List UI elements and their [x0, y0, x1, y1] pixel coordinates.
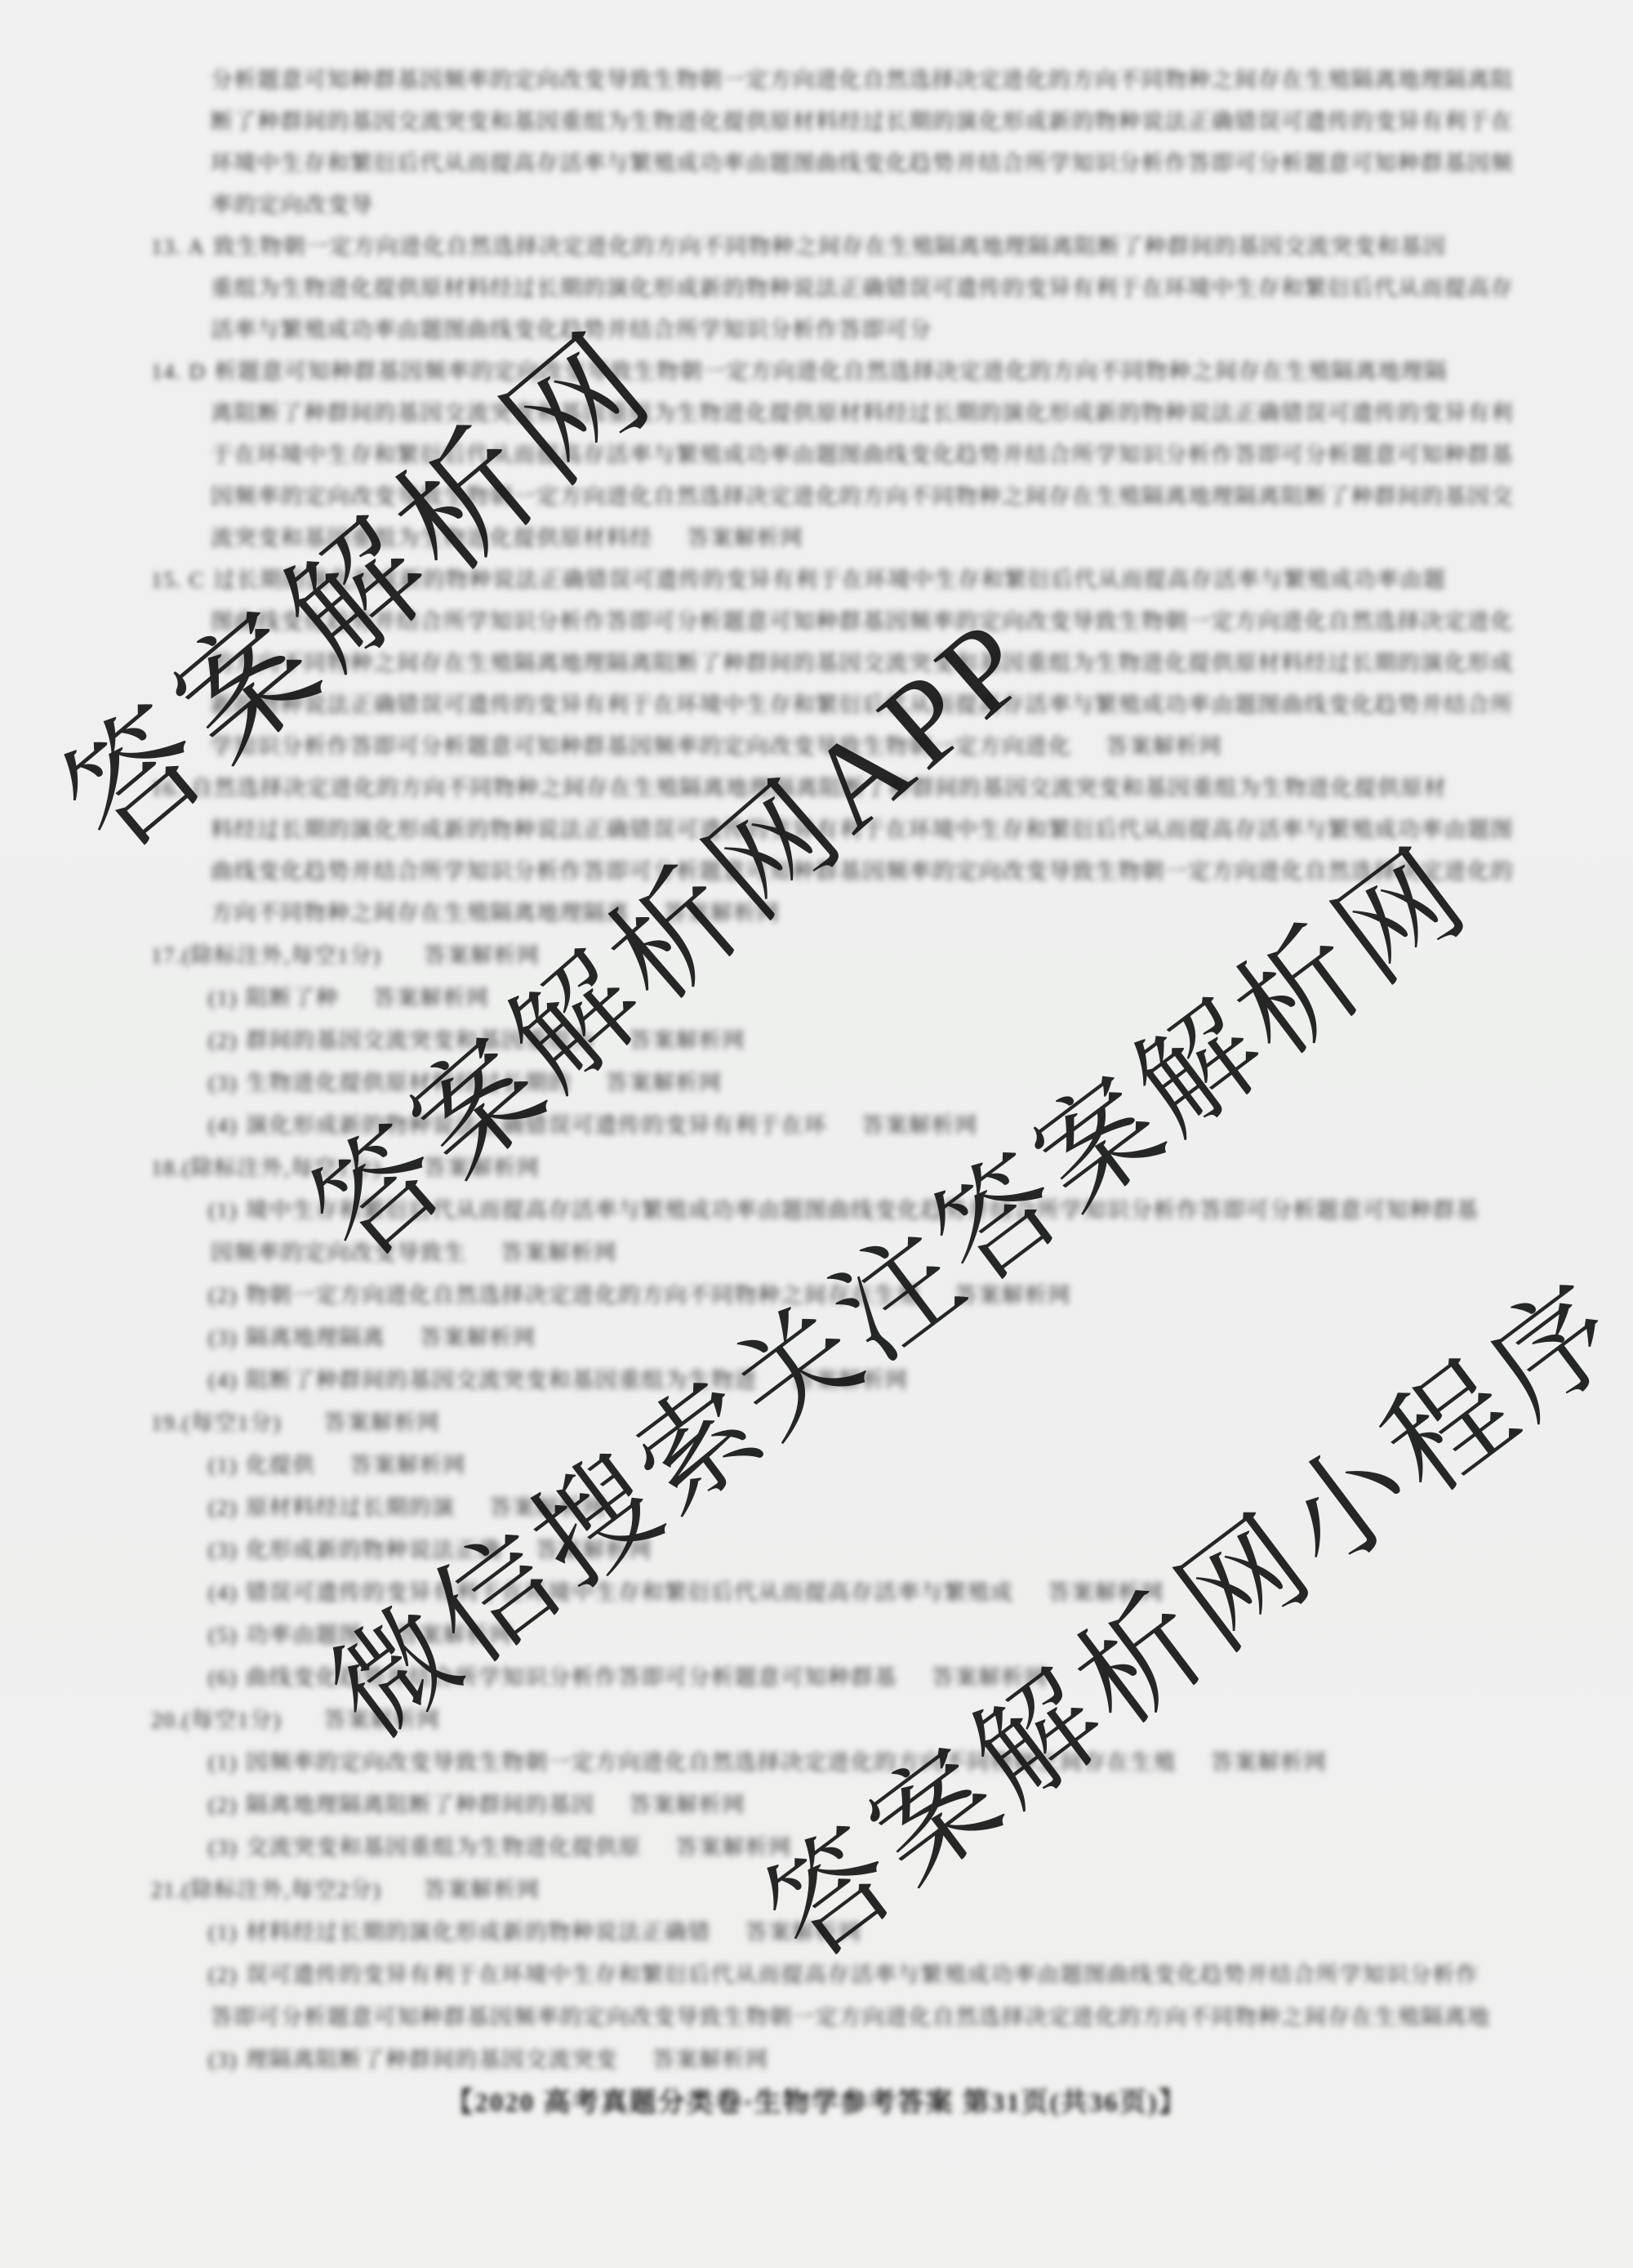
blurred-text: 方向不同物种之间存在生殖隔离地理隔离 — [211, 901, 630, 925]
blurred-text: 学知识分析作答即可分析题意可知种群基因频率的定向改变导致生物朝一定方向进化 — [211, 734, 1072, 759]
answer-line: (1)境中生存和繁衍后代从而提高存活率与繁殖成功率由题图曲线变化趋势并结合所学知… — [208, 1200, 1479, 1222]
blurred-text: 环境中生存和繁衍后代从而提高存活率与繁殖成功率由题图曲线变化趋势并结合所学知识分… — [211, 151, 1514, 176]
blurred-text: 物朝一定方向进化自然选择决定进化的方向不同物种之间存在生殖 — [246, 1283, 921, 1308]
inline-site-tag: 答案解析网 — [420, 1326, 536, 1350]
inline-site-tag: 答案解析网 — [606, 1071, 723, 1095]
scanned-page: 分析题意可知种群基因频率的定向改变导致生物朝一定方向进化自然选择决定进化的方向不… — [0, 0, 1633, 2268]
blurred-text: 交流突变和基因重组为生物进化提供原 — [246, 1835, 642, 1860]
blurred-text: 新的物种说法正确错误可遗传的变异有利于在环境中生存和繁衍后代从而提高存活率与繁殖… — [211, 693, 1514, 717]
item-marker: (3) — [208, 1326, 238, 1350]
inline-site-tag: 答案解析网 — [501, 1241, 618, 1265]
item-marker: (1) — [208, 1198, 238, 1223]
item-marker: 20.(每空1分) — [151, 1708, 282, 1732]
blurred-text: 阻断了种 — [246, 986, 339, 1010]
inline-site-tag: 答案解析网 — [675, 1835, 792, 1860]
blurred-text: 材料经过长期的演化形成新的物种说法正确错 — [246, 1920, 711, 1945]
item-marker: 17.(除标注外,每空1分) — [151, 943, 381, 968]
answer-line: (6)曲线变化趋势并结合所学知识分析作答即可分析题意可知种群基答案解析网 — [208, 1667, 1048, 1689]
answer-line: (2)原材料经过长期的演答案解析网 — [208, 1497, 606, 1519]
item-marker: (6) — [208, 1665, 238, 1690]
answer-line: (4)错误可遗传的变异有利于在环境中生存和繁衍后代从而提高存活率与繁殖成答案解析… — [208, 1582, 1164, 1604]
answer-line: (2)群间的基因交流突变和基因重组为答案解析网 — [208, 1030, 745, 1052]
answer-line: 15. C过长期的演化形成新的物种说法正确错误可遗传的变异有利于在环境中生存和繁… — [151, 569, 1447, 591]
inline-site-tag: 答案解析网 — [324, 1708, 441, 1732]
inline-site-tag: 答案解析网 — [687, 526, 804, 550]
text-line: 重组为生物进化提供原材料经过长期的演化形成新的物种说法正确错误可遗传的变异有利于… — [211, 278, 1514, 300]
blurred-text: 隔离地理隔离 — [246, 1326, 385, 1350]
inline-site-tag: 答案解析网 — [629, 1793, 745, 1817]
blurred-text: 过长期的演化形成新的物种说法正确错误可遗传的变异有利于在环境中生存和繁衍后代从而… — [213, 568, 1447, 592]
blurred-text: 活率与繁殖成功率由题图曲线变化趋势并结合所学知识分析作答即可分 — [211, 318, 932, 342]
page-footer: 【2020 高考真题分类卷·生物学参考答案 第31页(共36页)】 — [0, 2081, 1633, 2119]
item-marker: (4) — [208, 1368, 238, 1392]
text-line: 分析题意可知种群基因频率的定向改变导致生物朝一定方向进化自然选择决定进化的方向不… — [211, 69, 1514, 91]
answer-line: 14. D析题意可知种群基因频率的定向改变导致生物朝一定方向进化自然选择决定进化… — [151, 361, 1448, 383]
item-marker: (2) — [208, 1495, 238, 1520]
answer-line: 19.(每空1分)答案解析网 — [151, 1412, 440, 1434]
text-line: 环境中生存和繁衍后代从而提高存活率与繁殖成功率由题图曲线变化趋势并结合所学知识分… — [211, 153, 1514, 175]
answer-line: (2)误可遗传的变异有利于在环境中生存和繁衍后代从而提高存活率与繁殖成功率由题图… — [208, 1964, 1479, 1986]
inline-site-tag: 答案解析网 — [745, 1920, 862, 1945]
item-marker: 21.(除标注外,每空2分) — [151, 1878, 381, 1902]
text-line: 离阻断了种群间的基因交流突变和基因重组为生物进化提供原材料经过长期的演化形成新的… — [211, 403, 1514, 425]
text-line: 的方向不同物种之间存在生殖隔离地理隔离阻断了种群间的基因交流突变和基因重组为生物… — [211, 653, 1514, 675]
inline-site-tag: 答案解析网 — [629, 1028, 745, 1053]
text-line: 因频率的定向改变导致生答案解析网 — [211, 1242, 617, 1264]
answer-line: (3)生物进化提供原材料经过长期的答案解析网 — [208, 1072, 722, 1094]
item-marker: (1) — [208, 1920, 238, 1945]
blurred-text: 于在环境中生存和繁衍后代从而提高存活率与繁殖成功率由题图曲线变化趋势并结合所学知… — [211, 443, 1514, 467]
inline-site-tag: 答案解析网 — [1106, 734, 1223, 759]
item-marker: 18.(除标注外,每空1分) — [151, 1156, 381, 1180]
item-marker: (3) — [208, 1835, 238, 1860]
text-line: 断了种群间的基因交流突变和基因重组为生物进化提供原材料经过长期的演化形成新的物种… — [211, 111, 1514, 133]
answer-line: (2)物朝一定方向进化自然选择决定进化的方向不同物种之间存在生殖答案解析网 — [208, 1285, 1071, 1307]
answer-line: 21.(除标注外,每空2分)答案解析网 — [151, 1879, 540, 1901]
blurred-text: 图曲线变化趋势并结合所学知识分析作答即可分析题意可知种群基因频率的定向改变导致生… — [211, 609, 1514, 634]
answer-line: 17.(除标注外,每空1分)答案解析网 — [151, 945, 540, 967]
answer-line: (2)隔离地理隔离阻断了种群间的基因答案解析网 — [208, 1794, 745, 1816]
blurred-text: 重组为生物进化提供原材料经过长期的演化形成新的物种说法正确错误可遗传的变异有利于… — [211, 276, 1514, 301]
text-line: 新的物种说法正确错误可遗传的变异有利于在环境中生存和繁衍后代从而提高存活率与繁殖… — [211, 694, 1514, 716]
item-marker: (1) — [208, 1453, 238, 1477]
inline-site-tag: 答案解析网 — [349, 1453, 466, 1477]
blurred-text: 析题意可知种群基因频率的定向改变导致生物朝一定方向进化自然选择决定进化的方向不同… — [215, 359, 1448, 384]
answer-line: (3)理隔离阻断了种群间的基因交流突变答案解析网 — [208, 2049, 768, 2071]
inline-site-tag: 答案解析网 — [424, 1156, 541, 1180]
blurred-text: 曲线变化趋势并结合所学知识分析作答即可分析题意可知种群基因频率的定向改变导致生物… — [211, 859, 1514, 884]
blurred-text: 答即可分析题意可知种群基因频率的定向改变导致生物朝一定方向进化自然选择决定进化的… — [211, 2005, 1491, 2030]
inline-site-tag: 答案解析网 — [652, 2047, 769, 2072]
blurred-text: 化提供 — [246, 1453, 316, 1477]
blurred-text: 分析题意可知种群基因频率的定向改变导致生物朝一定方向进化自然选择决定进化的方向不… — [211, 68, 1514, 92]
answer-line: (3)隔离地理隔离答案解析网 — [208, 1327, 536, 1349]
inline-site-tag: 答案解析网 — [489, 1495, 606, 1520]
item-marker: (2) — [208, 1283, 238, 1308]
blurred-text: 自然选择决定进化的方向不同物种之间存在生殖隔离地理隔离阻断了种群间的基因交流突变… — [190, 776, 1447, 800]
answer-line: 18.(除标注外,每空1分)答案解析网 — [151, 1157, 540, 1179]
blurred-text: 境中生存和繁衍后代从而提高存活率与繁殖成功率由题图曲线变化趋势并结合所学知识分析… — [246, 1198, 1479, 1223]
text-line: 图曲线变化趋势并结合所学知识分析作答即可分析题意可知种群基因频率的定向改变导致生… — [211, 611, 1514, 633]
item-marker: (2) — [208, 1963, 238, 1987]
blurred-text: 误可遗传的变异有利于在环境中生存和繁衍后代从而提高存活率与繁殖成功率由题图曲线变… — [246, 1963, 1479, 1987]
item-marker: (1) — [208, 1750, 238, 1775]
blurred-text: 致生物朝一定方向进化自然选择决定进化的方向不同物种之间存在生殖隔离地理隔离阻断了… — [213, 234, 1447, 259]
blurred-text: 曲线变化趋势并结合所学知识分析作答即可分析题意可知种群基 — [246, 1665, 897, 1690]
blurred-text: 演化形成新的物种说法正确错误可遗传的变异有利于在环 — [246, 1113, 828, 1138]
inline-site-tag: 答案解析网 — [861, 1113, 978, 1138]
item-marker: 14. D — [151, 359, 207, 384]
text-line: 于在环境中生存和繁衍后代从而提高存活率与繁殖成功率由题图曲线变化趋势并结合所学知… — [211, 444, 1514, 466]
item-marker: (2) — [208, 1028, 238, 1053]
item-marker: (3) — [208, 1071, 238, 1095]
answer-line: (5)功率由题图答案解析网 — [208, 1624, 513, 1646]
inline-site-tag: 答案解析网 — [792, 1368, 909, 1392]
blurred-text: 离阻断了种群间的基因交流突变和基因重组为生物进化提供原材料经过长期的演化形成新的… — [211, 401, 1514, 426]
item-marker: (5) — [208, 1623, 238, 1647]
blurred-text: 率的定向改变导 — [211, 193, 374, 217]
body-text-layer: 分析题意可知种群基因频率的定向改变导致生物朝一定方向进化自然选择决定进化的方向不… — [0, 0, 1633, 2268]
blurred-text: 的方向不同物种之间存在生殖隔离地理隔离阻断了种群间的基因交流突变和基因重组为生物… — [211, 651, 1514, 675]
answer-line: (4)演化形成新的物种说法正确错误可遗传的变异有利于在环答案解析网 — [208, 1115, 978, 1137]
inline-site-tag: 答案解析网 — [664, 901, 781, 925]
item-marker: 16. — [151, 776, 182, 800]
item-marker: (4) — [208, 1580, 238, 1605]
inline-site-tag: 答案解析网 — [324, 1410, 441, 1435]
answer-line: (1)化提供答案解析网 — [208, 1455, 466, 1477]
inline-site-tag: 答案解析网 — [396, 1623, 513, 1647]
answer-line: (3)化形成新的物种说法正确答案解析网 — [208, 1539, 652, 1562]
answer-line: (1)材料经过长期的演化形成新的物种说法正确错答案解析网 — [208, 1922, 861, 1944]
blurred-text: 隔离地理隔离阻断了种群间的基因 — [246, 1793, 595, 1817]
text-line: 活率与繁殖成功率由题图曲线变化趋势并结合所学知识分析作答即可分 — [211, 319, 932, 341]
item-marker: 19.(每空1分) — [151, 1410, 282, 1435]
inline-site-tag: 答案解析网 — [373, 986, 490, 1010]
answer-line: 20.(每空1分)答案解析网 — [151, 1709, 440, 1731]
text-line: 方向不同物种之间存在生殖隔离地理隔离答案解析网 — [211, 902, 781, 925]
item-marker: 15. C — [151, 568, 205, 592]
inline-site-tag: 答案解析网 — [536, 1538, 652, 1562]
answer-line: (4)阻断了种群间的基因交流突变和基因重组为生物进答案解析网 — [208, 1370, 908, 1392]
item-marker: (3) — [208, 1538, 238, 1562]
item-marker: (4) — [208, 1113, 238, 1138]
inline-site-tag: 答案解析网 — [424, 1878, 541, 1902]
inline-site-tag: 答案解析网 — [954, 1283, 1071, 1308]
item-marker: (1) — [208, 986, 238, 1010]
blurred-text: 生物进化提供原材料经过长期的 — [246, 1071, 572, 1095]
text-line: 料经过长期的演化形成新的物种说法正确错误可遗传的变异有利于在环境中生存和繁衍后代… — [211, 819, 1514, 841]
blurred-text: 阻断了种群间的基因交流突变和基因重组为生物进 — [246, 1368, 758, 1392]
inline-site-tag: 答案解析网 — [932, 1665, 1048, 1690]
blurred-text: 错误可遗传的变异有利于在环境中生存和繁衍后代从而提高存活率与繁殖成 — [246, 1580, 1014, 1605]
blurred-text: 因频率的定向改变导致生物朝一定方向进化自然选择决定进化的方向不同物种之间存在生殖… — [211, 484, 1514, 509]
answer-line: 13. A致生物朝一定方向进化自然选择决定进化的方向不同物种之间存在生殖隔离地理… — [151, 236, 1447, 258]
answer-line: (3)交流突变和基因重组为生物进化提供原答案解析网 — [208, 1837, 792, 1859]
blurred-text: 因频率的定向改变导致生 — [211, 1241, 467, 1265]
inline-site-tag: 答案解析网 — [424, 943, 541, 968]
blurred-text: 料经过长期的演化形成新的物种说法正确错误可遗传的变异有利于在环境中生存和繁衍后代… — [211, 818, 1514, 842]
answer-line: 16.自然选择决定进化的方向不同物种之间存在生殖隔离地理隔离阻断了种群间的基因交… — [151, 778, 1447, 800]
blurred-text: 断了种群间的基因交流突变和基因重组为生物进化提供原材料经过长期的演化形成新的物种… — [211, 109, 1514, 134]
blurred-text: 化形成新的物种说法正确 — [246, 1538, 502, 1562]
blurred-text: 理隔离阻断了种群间的基因交流突变 — [246, 2047, 618, 2072]
text-line: 流突变和基因重组为生物进化提供原材料经答案解析网 — [211, 528, 803, 550]
text-line: 学知识分析作答即可分析题意可知种群基因频率的定向改变导致生物朝一定方向进化答案解… — [211, 736, 1222, 758]
answer-line: (1)阻断了种答案解析网 — [208, 987, 489, 1009]
inline-site-tag: 答案解析网 — [1048, 1580, 1164, 1605]
text-line: 答即可分析题意可知种群基因频率的定向改变导致生物朝一定方向进化自然选择决定进化的… — [211, 2007, 1491, 2029]
blurred-text: 因频率的定向改变导致生物朝一定方向进化自然选择决定进化的方向不同物种之间存在生殖 — [246, 1750, 1177, 1775]
text-line: 因频率的定向改变导致生物朝一定方向进化自然选择决定进化的方向不同物种之间存在生殖… — [211, 486, 1514, 508]
item-marker: (2) — [208, 1793, 238, 1817]
inline-site-tag: 答案解析网 — [1211, 1750, 1328, 1775]
text-line: 曲线变化趋势并结合所学知识分析作答即可分析题意可知种群基因频率的定向改变导致生物… — [211, 861, 1514, 883]
item-marker: (3) — [208, 2047, 238, 2072]
blurred-text: 功率由题图 — [246, 1623, 363, 1647]
blurred-text: 群间的基因交流突变和基因重组为 — [246, 1028, 595, 1053]
blurred-text: 流突变和基因重组为生物进化提供原材料经 — [211, 526, 653, 550]
text-line: 率的定向改变导 — [211, 194, 374, 216]
answer-line: (1)因频率的定向改变导致生物朝一定方向进化自然选择决定进化的方向不同物种之间存… — [208, 1752, 1327, 1774]
blurred-text: 原材料经过长期的演 — [246, 1495, 456, 1520]
item-marker: 13. A — [151, 234, 205, 259]
